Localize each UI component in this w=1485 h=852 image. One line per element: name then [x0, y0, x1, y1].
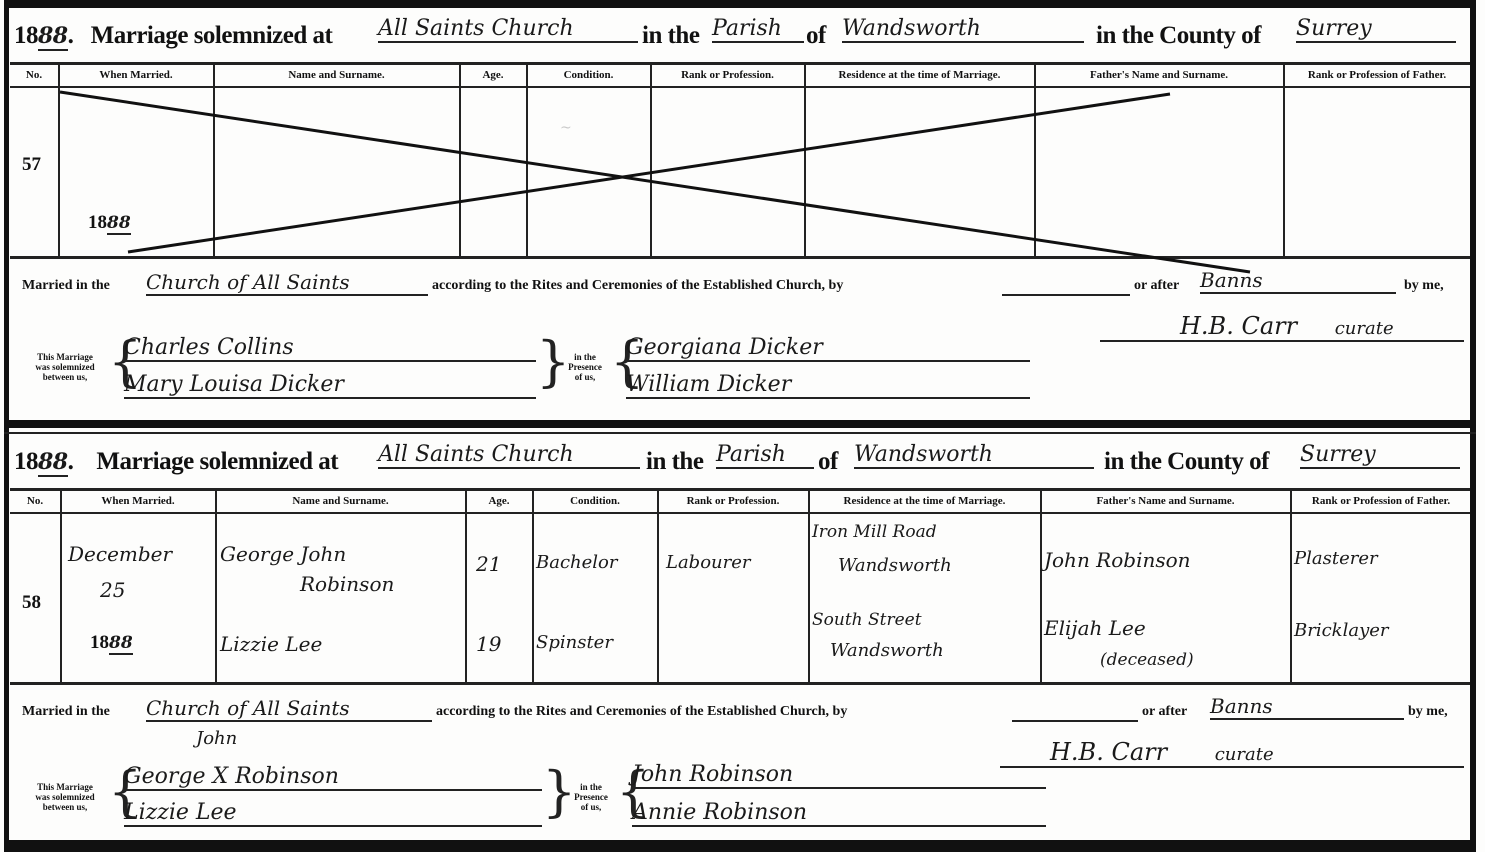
label-line: in the: [566, 782, 616, 792]
col-header-no: No.: [12, 495, 58, 507]
groom-father-name: John Robinson: [1044, 548, 1191, 572]
officiant-signature: H.B. Carr curate: [1000, 738, 1464, 768]
married-in-church: Church of All Saints: [146, 696, 432, 722]
bride-residence-line1: South Street: [812, 610, 922, 630]
groom-residence-line2: Wandsworth: [838, 555, 952, 576]
married-in-label: Married in the: [22, 704, 110, 720]
col-divider: [808, 490, 810, 682]
label-line: This Marriage: [22, 782, 108, 792]
party-name-insertion: John: [196, 728, 237, 749]
or-after-value: Banns: [1200, 268, 1396, 294]
officiant-title: curate: [1335, 318, 1394, 339]
when-married-month: December: [68, 542, 172, 566]
officiant-signature: H.B. Carr curate: [1100, 312, 1464, 342]
label-line: in the: [560, 352, 610, 362]
by-me-label: by me,: [1408, 704, 1448, 720]
or-after-label: or after: [1142, 704, 1187, 720]
or-after-value: Banns: [1210, 694, 1404, 720]
of-label: of: [818, 448, 838, 476]
label-line: Presence: [560, 362, 610, 372]
col-divider: [1040, 490, 1042, 682]
groom-age: 21: [476, 552, 501, 576]
col-header-father-name: Father's Name and Surname.: [1042, 495, 1289, 507]
party-signature-groom: Charles Collins: [124, 335, 536, 362]
presence-label: in the Presence of us,: [566, 782, 616, 812]
bride-residence-line2: Wandsworth: [830, 640, 944, 661]
col-divider: [60, 490, 62, 682]
witness-signature-2: Annie Robinson: [632, 800, 1046, 827]
in-the-label: in the: [646, 448, 703, 476]
between-us-label: This Marriage was solemnized between us,: [22, 352, 108, 382]
label-line: of us,: [566, 802, 616, 812]
col-divider: [532, 490, 534, 682]
col-divider: [657, 490, 659, 682]
col-header-age: Age.: [467, 495, 531, 507]
between-us-label: This Marriage was solemnized between us,: [22, 782, 108, 812]
bottom-border: [4, 840, 1476, 852]
groom-name-line2: Robinson: [300, 572, 394, 596]
cancellation-cross-mark: [0, 0, 1485, 300]
entry-divider-thin: [4, 432, 1476, 434]
bride-father-note: (deceased): [1100, 650, 1194, 670]
table-bottom-rule: [10, 682, 1470, 685]
table-top-rule: [10, 488, 1470, 491]
bride-name: Lizzie Lee: [220, 632, 322, 656]
married-in-church: Church of All Saints: [146, 270, 428, 296]
witness-signature-1: Georgiana Dicker: [626, 335, 1030, 362]
witness-signature-2: William Dicker: [626, 372, 1030, 399]
county-label: in the County of: [1104, 448, 1269, 476]
col-header-rank: Rank or Profession.: [659, 495, 807, 507]
col-header-father-rank: Rank or Profession of Father.: [1292, 495, 1470, 507]
label-line: Presence: [566, 792, 616, 802]
col-header-residence: Residence at the time of Marriage.: [810, 495, 1039, 507]
col-divider: [465, 490, 467, 682]
church-name: All Saints Church: [378, 442, 640, 469]
label-line: This Marriage: [22, 352, 108, 362]
label-line: between us,: [22, 372, 108, 382]
county-name: Surrey: [1300, 442, 1460, 469]
when-married-day: 25: [100, 578, 125, 602]
groom-residence-line1: Iron Mill Road: [812, 522, 937, 542]
col-divider: [215, 490, 217, 682]
when-married-year: 1888: [90, 632, 133, 654]
header-bottom-rule: [10, 512, 1470, 514]
col-divider: [1290, 490, 1292, 682]
bride-father-rank: Bricklayer: [1294, 620, 1389, 641]
officiant-name: H.B. Carr: [1180, 312, 1297, 340]
label-line: of us,: [560, 372, 610, 382]
by-licence-field: [1012, 704, 1138, 722]
witness-signature-1: John Robinson: [632, 762, 1046, 789]
year-prefix: 18: [14, 448, 38, 475]
year-suffix: 88: [109, 633, 133, 655]
groom-name-line1: George John: [220, 542, 346, 566]
solemnized-label: Marriage solemnized at: [96, 448, 338, 475]
or-after-label: or after: [1134, 278, 1179, 294]
by-licence-field: [1002, 278, 1130, 296]
label-line: was solemnized: [22, 792, 108, 802]
entry-heading: 1888. Marriage solemnized at: [14, 448, 338, 476]
officiant-name: H.B. Carr: [1050, 738, 1167, 766]
party-signature-bride: Lizzie Lee: [124, 800, 542, 827]
party-signature-groom: George X Robinson: [124, 764, 542, 791]
period: .: [68, 448, 91, 475]
presence-label: in the Presence of us,: [560, 352, 610, 382]
parish-name: Wandsworth: [854, 442, 1094, 469]
bride-condition: Spinster: [536, 632, 613, 653]
bride-age: 19: [476, 632, 501, 656]
groom-condition: Bachelor: [536, 552, 617, 573]
col-header-name: Name and Surname.: [217, 495, 464, 507]
by-me-label: by me,: [1404, 278, 1444, 294]
district-type: Parish: [716, 442, 814, 469]
bride-father-name: Elijah Lee: [1044, 616, 1146, 640]
groom-rank: Labourer: [666, 552, 751, 573]
entry-number: 58: [22, 592, 41, 614]
married-in-label: Married in the: [22, 278, 110, 294]
col-header-condition: Condition.: [534, 495, 656, 507]
year-suffix: 88: [38, 449, 68, 477]
label-line: was solemnized: [22, 362, 108, 372]
rites-label: according to the Rites and Ceremonies of…: [432, 278, 843, 294]
officiant-title: curate: [1215, 744, 1274, 765]
label-line: between us,: [22, 802, 108, 812]
register-page: 1888. Marriage solemnized at All Saints …: [0, 0, 1485, 852]
rites-label: according to the Rites and Ceremonies of…: [436, 704, 847, 720]
groom-father-rank: Plasterer: [1294, 548, 1378, 569]
party-signature-bride: Mary Louisa Dicker: [124, 372, 536, 399]
col-header-when-married: When Married.: [62, 495, 214, 507]
year-prefix: 18: [90, 632, 109, 653]
entry-divider: [4, 420, 1476, 428]
